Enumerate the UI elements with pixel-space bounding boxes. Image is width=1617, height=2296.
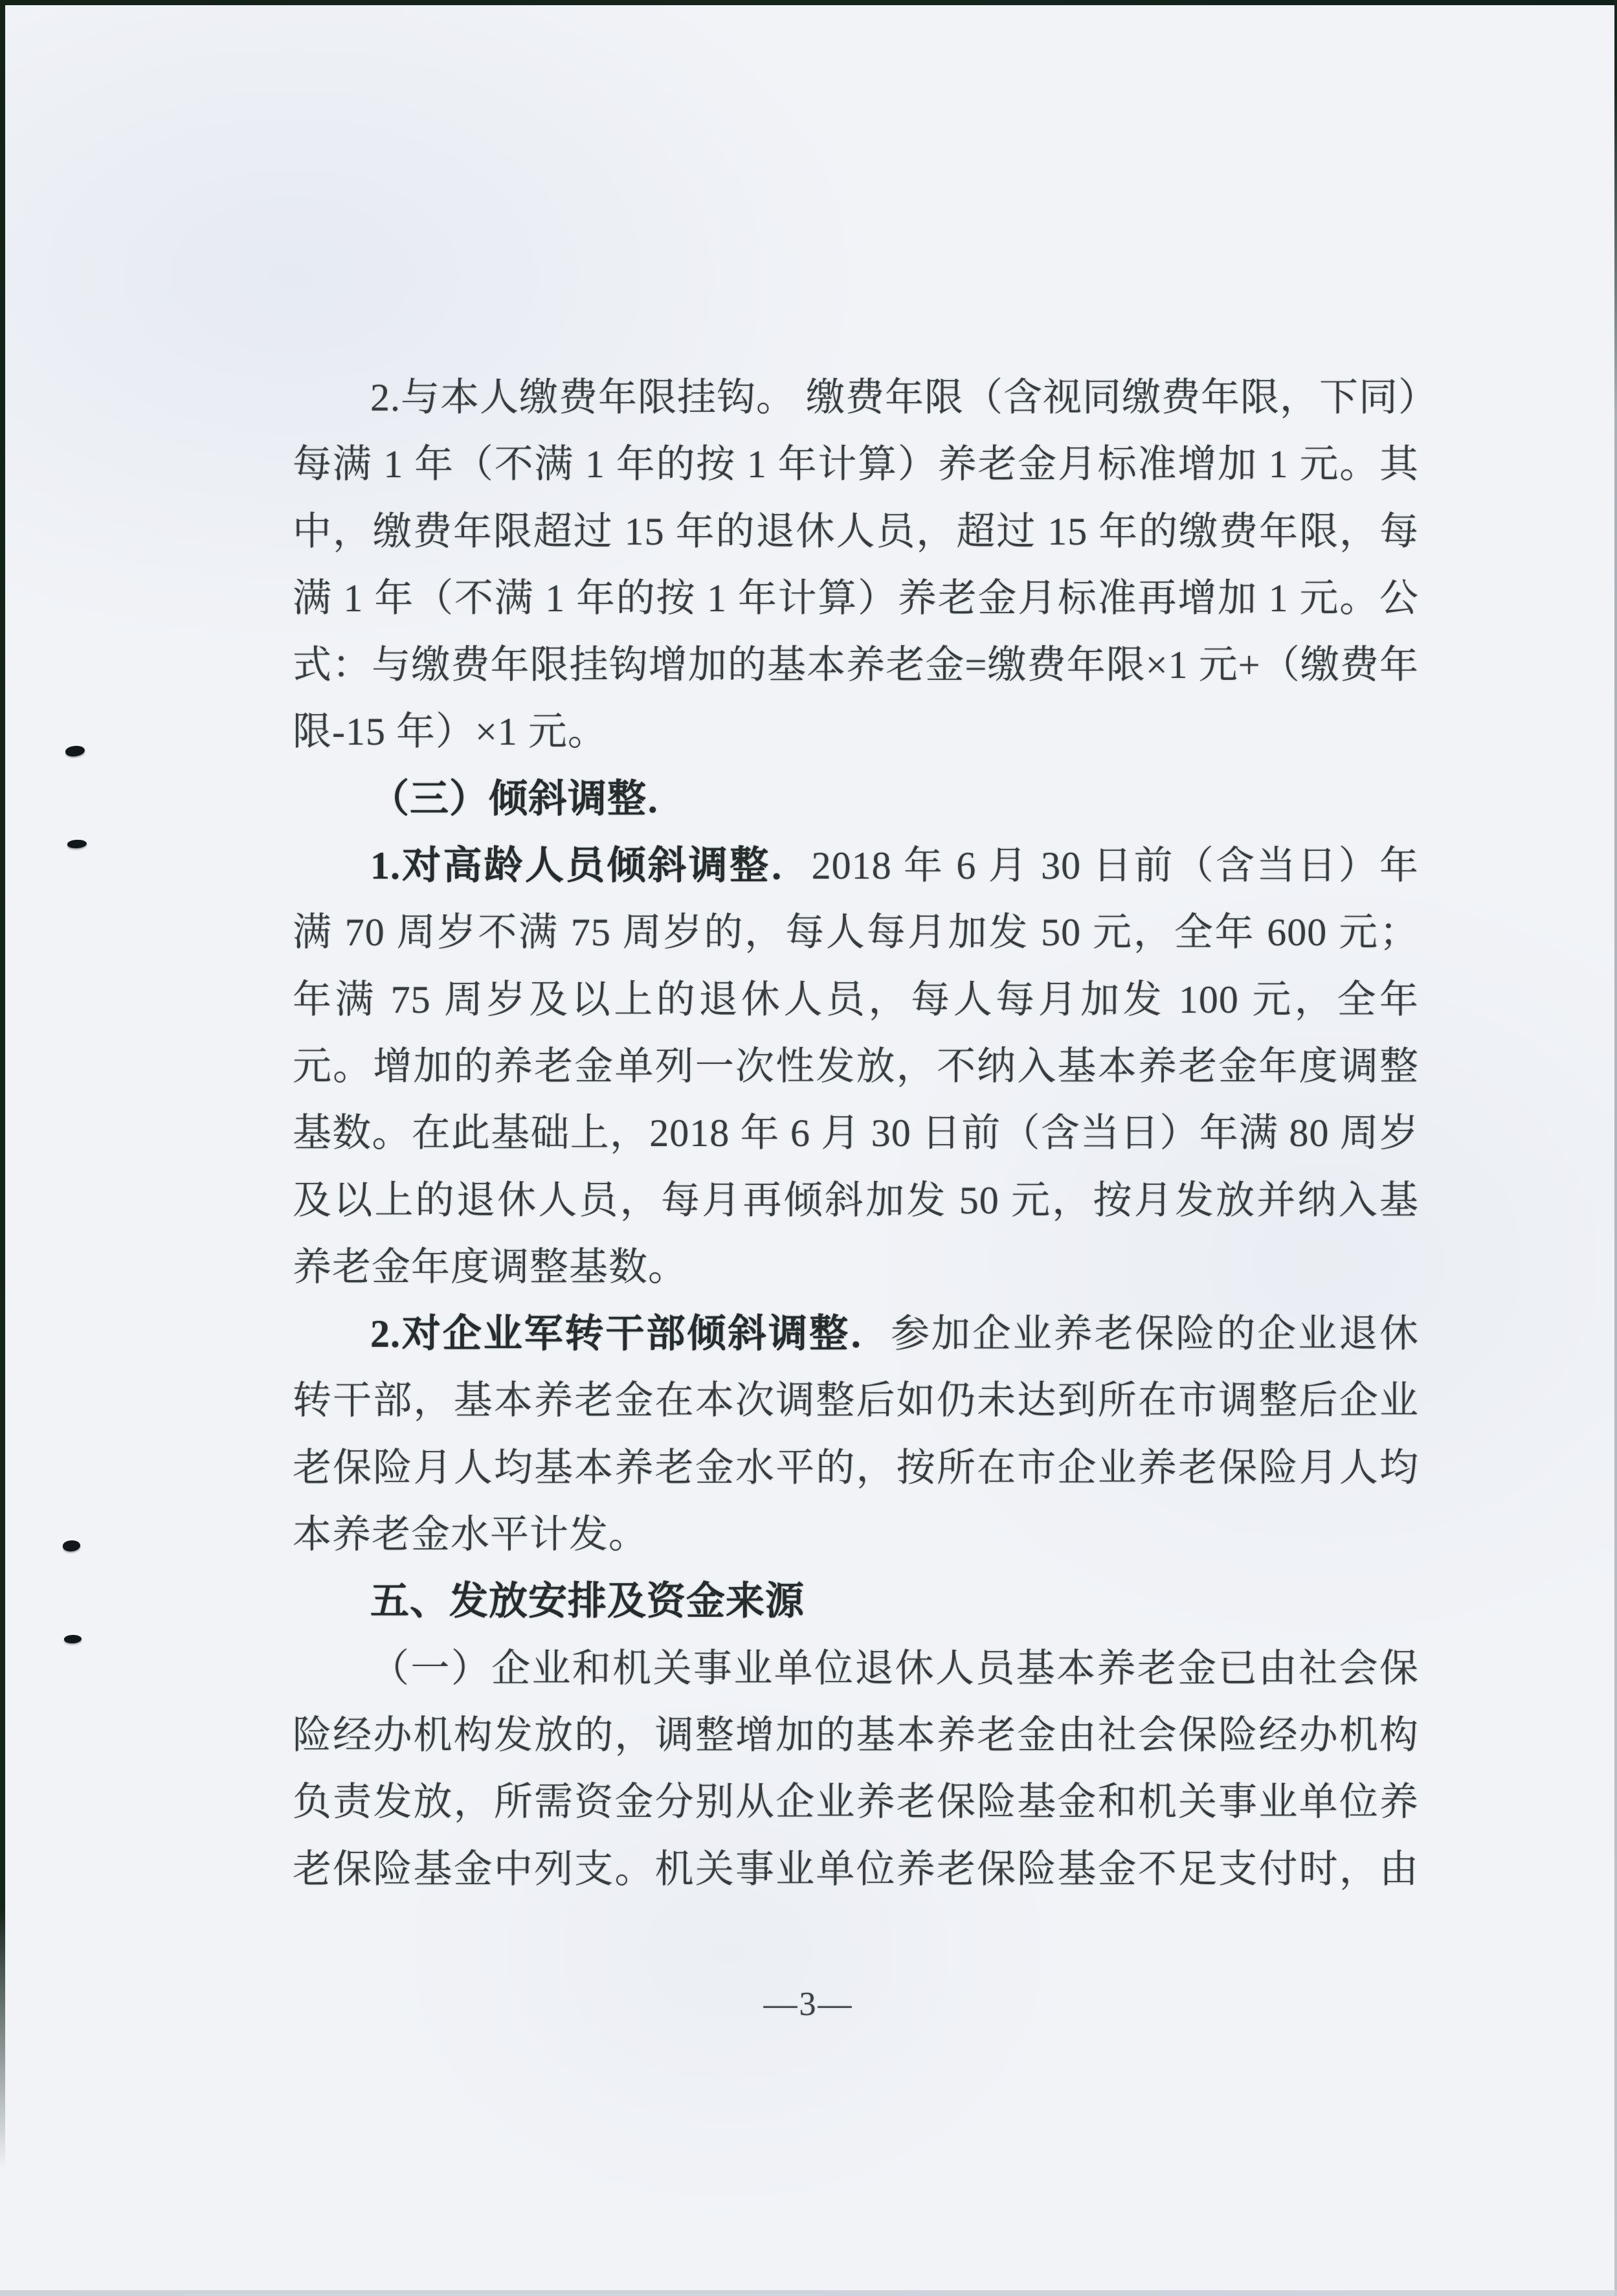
bold-run: 2.对企业军转干部倾斜调整．: [370, 1312, 891, 1355]
text-line: 满 1 年（不满 1 年的按 1 年计算）养老金月标准再增加 1 元。公: [293, 565, 1419, 632]
bold-run: 1.对高龄人员倾斜调整．: [370, 844, 812, 887]
text-run: 老保险月人均基本养老金水平的，按所在市企业养老保险月人均基: [293, 1446, 1419, 1502]
text-run: 险经办机构发放的，调整增加的基本养老金由社会保险经办机构: [293, 1714, 1419, 1757]
ink-speck: [67, 839, 87, 849]
text-line: 老保险基金中列支。机关事业单位养老保险基金不足支付时，由: [293, 1836, 1419, 1903]
text-run: 中，缴费年限超过 15 年的退休人员，超过 15 年的缴费年限，每: [293, 510, 1419, 553]
text-line: 老保险月人均基本养老金水平的，按所在市企业养老保险月人均基: [293, 1435, 1419, 1502]
ink-speck: [62, 1540, 81, 1553]
text-line: 险经办机构发放的，调整增加的基本养老金由社会保险经办机构: [293, 1702, 1419, 1769]
text-line: 负责发放，所需资金分别从企业养老保险基金和机关事业单位养: [293, 1769, 1419, 1836]
text-line: 养老金年度调整基数。: [293, 1234, 1419, 1301]
text-run: 负责发放，所需资金分别从企业养老保险基金和机关事业单位养: [293, 1781, 1419, 1823]
text-run: 元。增加的养老金单列一次性发放，不纳入基本养老金年度调整: [293, 1045, 1419, 1088]
section-heading-line: （三）倾斜调整．: [293, 766, 1419, 833]
scanned-document-page: 2.与本人缴费年限挂钩。 缴费年限（含视同缴费年限，下同） 每满 1 年（不满 …: [0, 0, 1617, 2296]
text-run: 2.与本人缴费年限挂钩。 缴费年限（含视同缴费年限，下同）: [370, 376, 1419, 419]
text-run: 限-15 年）×1 元。: [293, 710, 607, 753]
text-line: 每满 1 年（不满 1 年的按 1 年计算）养老金月标准增加 1 元。其: [293, 431, 1419, 498]
text-line: 本养老金水平计发。: [293, 1502, 1419, 1568]
text-run: 每满 1 年（不满 1 年的按 1 年计算）养老金月标准增加 1 元。其: [293, 443, 1419, 486]
text-run: 及以上的退休人员，每月再倾斜加发 50 元，按月发放并纳入基本: [293, 1179, 1419, 1234]
text-line: 转干部，基本养老金在本次调整后如仍未达到所在市调整后企业养: [293, 1367, 1419, 1434]
scan-edge-left: [0, 0, 5, 2169]
text-run: 满 70 周岁不满 75 周岁的，每人每月加发 50 元，全年 600 元；: [293, 911, 1419, 954]
section-heading-line: 五、发放安排及资金来源: [293, 1568, 1419, 1635]
text-run: 式：与缴费年限挂钩增加的基本养老金=缴费年限×1 元+（缴费年: [293, 644, 1419, 686]
text-run: 2018 年 6 月 30 日前（含当日）年: [812, 844, 1419, 887]
text-line: （一）企业和机关事业单位退休人员基本养老金已由社会保: [293, 1636, 1419, 1702]
text-line: 基数。在此基础上，2018 年 6 月 30 日前（含当日）年满 80 周岁: [293, 1100, 1419, 1167]
bold-run: 五、发放安排及资金来源: [370, 1580, 805, 1623]
text-line: 2.与本人缴费年限挂钩。 缴费年限（含视同缴费年限，下同）: [293, 365, 1419, 431]
text-line: 2.对企业军转干部倾斜调整．参加企业养老保险的企业退休军: [293, 1301, 1419, 1367]
text-line: 式：与缴费年限挂钩增加的基本养老金=缴费年限×1 元+（缴费年: [293, 632, 1419, 699]
text-run: 年满 75 周岁及以上的退休人员，每人每月加发 100 元，全年 1200: [293, 978, 1419, 1033]
text-run: 转干部，基本养老金在本次调整后如仍未达到所在市调整后企业养: [293, 1379, 1419, 1434]
page-number: —3—: [0, 1985, 1617, 2023]
text-run: 老保险基金中列支。机关事业单位养老保险基金不足支付时，由: [293, 1848, 1419, 1891]
scan-edge-top: [0, 0, 1617, 5]
text-line: 限-15 年）×1 元。: [293, 699, 1419, 765]
document-body: 2.与本人缴费年限挂钩。 缴费年限（含视同缴费年限，下同） 每满 1 年（不满 …: [293, 365, 1419, 1903]
text-line: 年满 75 周岁及以上的退休人员，每人每月加发 100 元，全年 1200: [293, 967, 1419, 1033]
text-line: 满 70 周岁不满 75 周岁的，每人每月加发 50 元，全年 600 元；: [293, 899, 1419, 966]
text-run: 基数。在此基础上，2018 年 6 月 30 日前（含当日）年满 80 周岁: [293, 1112, 1419, 1154]
text-line: 元。增加的养老金单列一次性发放，不纳入基本养老金年度调整: [293, 1033, 1419, 1100]
text-line: 1.对高龄人员倾斜调整．2018 年 6 月 30 日前（含当日）年: [293, 833, 1419, 899]
ink-speck: [65, 745, 85, 758]
text-run: 养老金年度调整基数。: [293, 1246, 687, 1289]
ink-speck: [64, 1634, 82, 1643]
scan-edge-bottom: [0, 2290, 1617, 2296]
text-run: 本养老金水平计发。: [293, 1513, 648, 1556]
text-line: 及以上的退休人员，每月再倾斜加发 50 元，按月发放并纳入基本: [293, 1167, 1419, 1234]
bold-run: （三）倾斜调整．: [370, 778, 686, 820]
scan-edge-right: [1614, 0, 1617, 2296]
text-line: 中，缴费年限超过 15 年的退休人员，超过 15 年的缴费年限，每: [293, 499, 1419, 565]
text-run: 满 1 年（不满 1 年的按 1 年计算）养老金月标准再增加 1 元。公: [293, 577, 1419, 620]
text-run: （一）企业和机关事业单位退休人员基本养老金已由社会保: [370, 1647, 1419, 1690]
